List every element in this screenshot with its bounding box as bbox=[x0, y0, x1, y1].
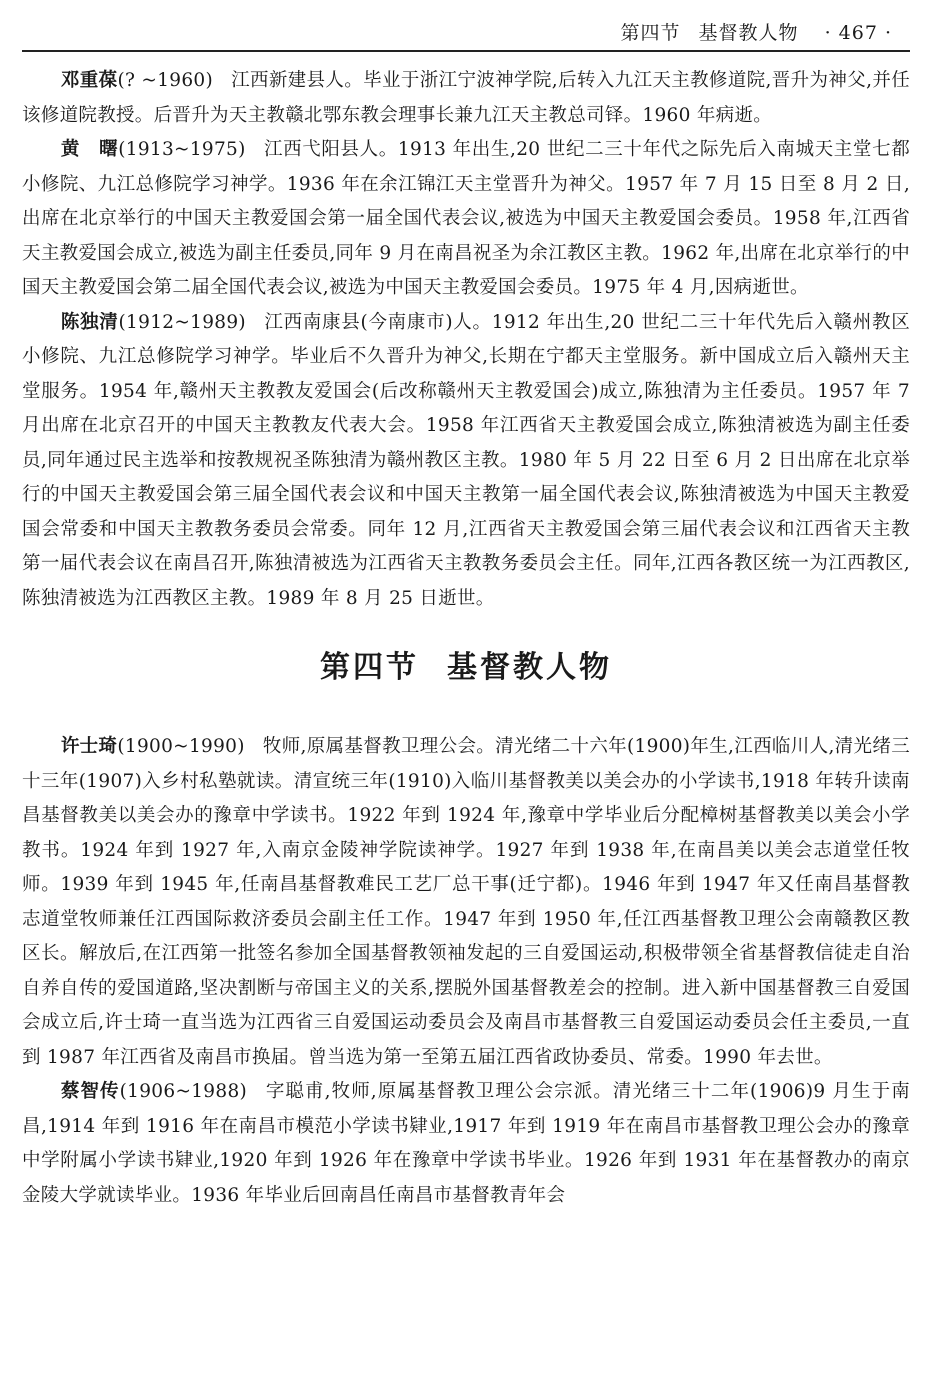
biography-paragraph: 许士琦(1900~1990)牧师,原属基督教卫理公会。清光绪二十六年(1900)… bbox=[22, 730, 910, 1075]
biography-text: 牧师,原属基督教卫理公会。清光绪二十六年(1900)年生,江西临川人,清光绪三十… bbox=[22, 736, 910, 1068]
page-number: · 467 · bbox=[825, 22, 892, 44]
page-body: 邓重葆(? ~1960)江西新建县人。毕业于浙江宁波神学院,后转入九江天主教修道… bbox=[22, 64, 910, 1213]
biography-entry: 许士琦(1900~1990)牧师,原属基督教卫理公会。清光绪二十六年(1900)… bbox=[22, 730, 910, 1075]
section-title-text: 基督教人物 bbox=[447, 650, 612, 685]
person-dates: (1913~1975) bbox=[118, 139, 245, 160]
biography-text: 江西南康县(今南康市)人。1912 年出生,20 世纪二三十年代先后入赣州教区小… bbox=[22, 312, 910, 609]
biography-paragraph: 陈独清(1912~1989)江西南康县(今南康市)人。1912 年出生,20 世… bbox=[22, 306, 910, 617]
biography-entry: 邓重葆(? ~1960)江西新建县人。毕业于浙江宁波神学院,后转入九江天主教修道… bbox=[22, 64, 910, 133]
section-heading: 第四节基督教人物 bbox=[22, 648, 910, 688]
biography-text: 江西弋阳县人。1913 年出生,20 世纪二三十年代之际先后入南城天主堂七都小修… bbox=[22, 139, 910, 298]
person-name: 黄 曙 bbox=[61, 139, 118, 160]
running-head-section: 第四节 bbox=[621, 22, 681, 44]
biography-paragraph: 蔡智传(1906~1988)字聪甫,牧师,原属基督教卫理公会宗派。清光绪三十二年… bbox=[22, 1075, 910, 1213]
biography-entry: 陈独清(1912~1989)江西南康县(今南康市)人。1912 年出生,20 世… bbox=[22, 306, 910, 617]
page-header: 第四节基督教人物· 467 · bbox=[22, 14, 910, 52]
person-dates: (1906~1988) bbox=[120, 1081, 247, 1102]
biography-paragraph: 邓重葆(? ~1960)江西新建县人。毕业于浙江宁波神学院,后转入九江天主教修道… bbox=[22, 64, 910, 133]
person-dates: (? ~1960) bbox=[117, 70, 213, 91]
person-name: 许士琦 bbox=[61, 736, 118, 757]
running-head-title: 基督教人物 bbox=[699, 22, 799, 44]
person-name: 陈独清 bbox=[61, 312, 119, 333]
biography-entry: 蔡智传(1906~1988)字聪甫,牧师,原属基督教卫理公会宗派。清光绪三十二年… bbox=[22, 1075, 910, 1213]
person-dates: (1912~1989) bbox=[119, 312, 246, 333]
person-dates: (1900~1990) bbox=[117, 736, 244, 757]
running-head: 第四节基督教人物· 467 · bbox=[621, 18, 892, 45]
person-name: 蔡智传 bbox=[61, 1081, 120, 1102]
biography-entry: 黄 曙(1913~1975)江西弋阳县人。1913 年出生,20 世纪二三十年代… bbox=[22, 133, 910, 306]
person-name: 邓重葆 bbox=[61, 70, 118, 91]
biography-paragraph: 黄 曙(1913~1975)江西弋阳县人。1913 年出生,20 世纪二三十年代… bbox=[22, 133, 910, 306]
section-number: 第四节 bbox=[320, 650, 419, 685]
